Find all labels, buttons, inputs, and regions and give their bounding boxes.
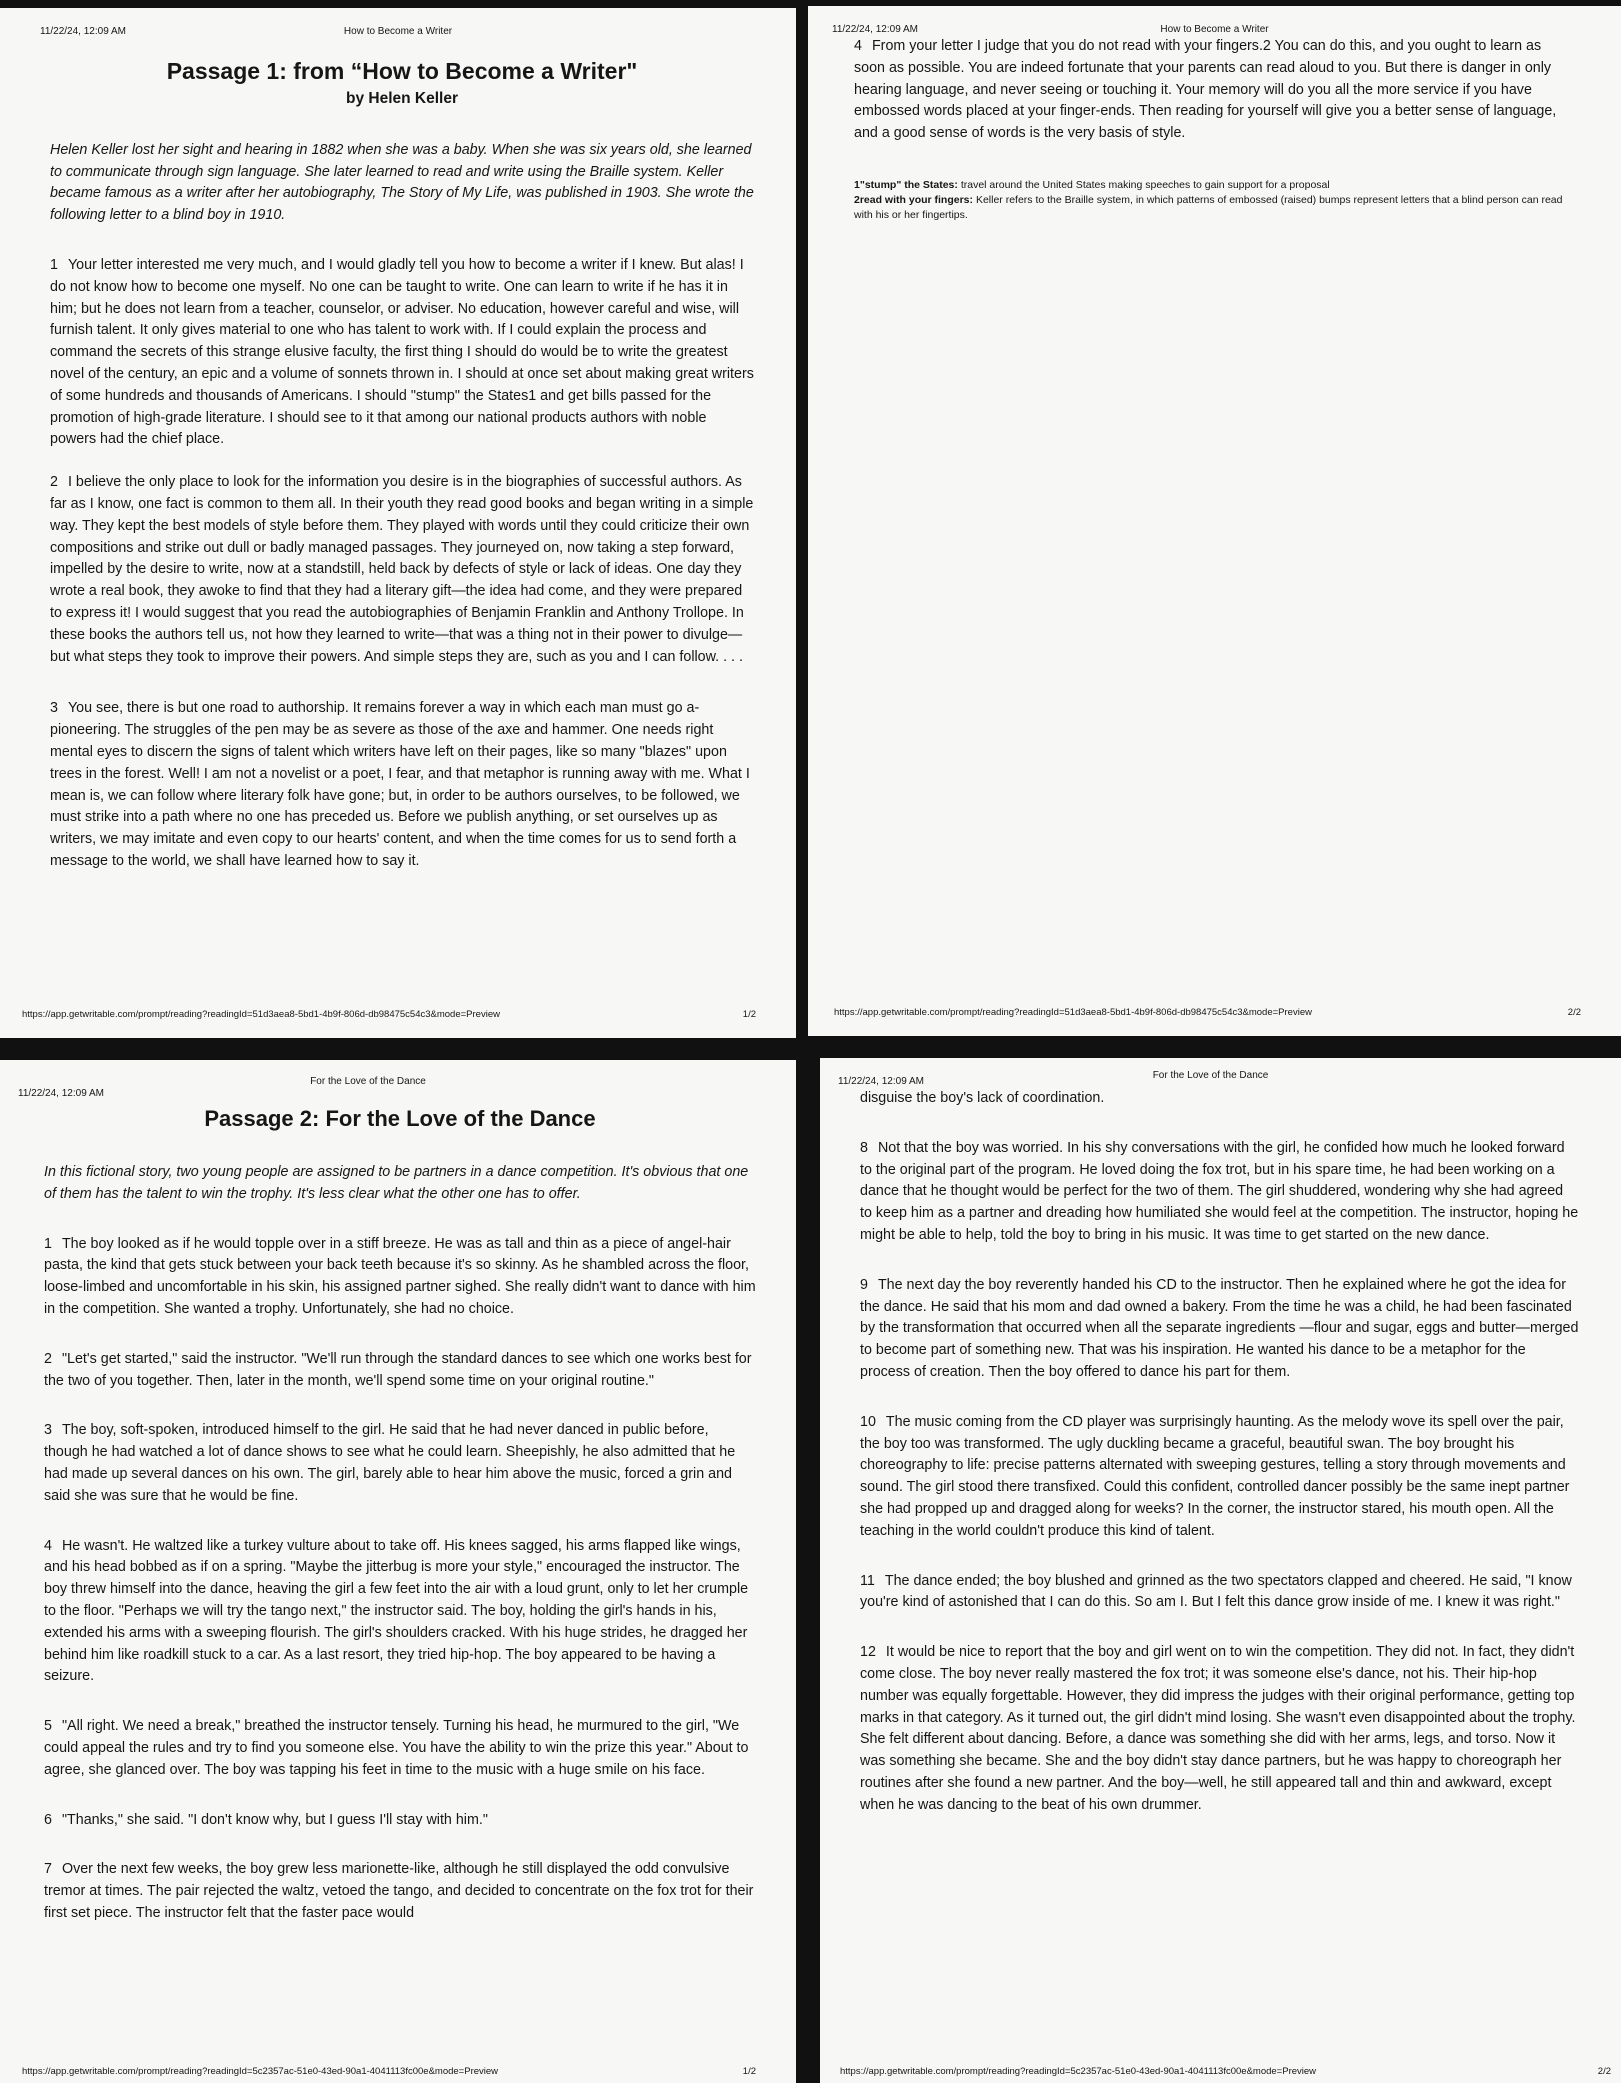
paragraph-text: The next day the boy reverently handed h… bbox=[860, 1277, 1578, 1380]
paragraph: 2"Let's get started," said the instructo… bbox=[44, 1349, 756, 1393]
page-footer: https://app.getwritable.com/prompt/readi… bbox=[834, 1007, 1581, 1018]
passage1-page-1: 11/22/24, 12:09 AM How to Become a Write… bbox=[0, 8, 796, 1038]
continuation-text: disguise the boy's lack of coordination. bbox=[860, 1088, 1579, 1110]
footer-url[interactable]: https://app.getwritable.com/prompt/readi… bbox=[840, 2066, 1316, 2077]
footer-url[interactable]: https://app.getwritable.com/prompt/readi… bbox=[834, 1007, 1312, 1018]
paragraph-number: 10 bbox=[860, 1412, 876, 1434]
footnote: 1"stump" the States: travel around the U… bbox=[854, 178, 1565, 193]
page-footer: https://app.getwritable.com/prompt/readi… bbox=[22, 2066, 756, 2077]
page-footer: https://app.getwritable.com/prompt/readi… bbox=[840, 2066, 1611, 2077]
paragraph: 1Your letter interested me very much, an… bbox=[50, 255, 754, 451]
paragraph: 7Over the next few weeks, the boy grew l… bbox=[44, 1859, 756, 1924]
paragraph-text: Not that the boy was worried. In his shy… bbox=[860, 1140, 1578, 1243]
paragraph-text: The music coming from the CD player was … bbox=[860, 1414, 1569, 1539]
paragraph-text: The dance ended; the boy blushed and gri… bbox=[860, 1573, 1572, 1611]
paragraph: 9The next day the boy reverently handed … bbox=[860, 1275, 1579, 1384]
paragraph-number: 1 bbox=[50, 255, 58, 277]
page-header: 11/22/24, 12:09 AM For the Love of the D… bbox=[0, 1072, 796, 1088]
paragraph-number: 2 bbox=[50, 472, 58, 494]
intro-text: In this fictional story, two young peopl… bbox=[44, 1162, 756, 1206]
paragraph: 3You see, there is but one road to autho… bbox=[50, 698, 754, 872]
paragraph: 4He wasn't. He waltzed like a turkey vul… bbox=[44, 1536, 756, 1689]
print-title: How to Become a Writer bbox=[0, 26, 796, 37]
footnote-term: 1"stump" the States: bbox=[854, 179, 958, 191]
page-number: 2/2 bbox=[1598, 2066, 1611, 2077]
paragraph-text: From your letter I judge that you do not… bbox=[854, 38, 1556, 141]
passage2-content-cont: disguise the boy's lack of coordination.… bbox=[860, 1088, 1579, 1838]
paragraph: 4From your letter I judge that you do no… bbox=[854, 36, 1565, 145]
passage-title: Passage 2: For the Love of the Dance bbox=[44, 1104, 756, 1134]
footer-url[interactable]: https://app.getwritable.com/prompt/readi… bbox=[22, 2066, 498, 2077]
paragraph-number: 8 bbox=[860, 1138, 868, 1160]
page-header: 11/22/24, 12:09 AM For the Love of the D… bbox=[820, 1070, 1621, 1086]
page-header: 11/22/24, 12:09 AM How to Become a Write… bbox=[0, 22, 796, 38]
paragraph: 5"All right. We need a break," breathed … bbox=[44, 1716, 756, 1781]
print-title: For the Love of the Dance bbox=[820, 1070, 1621, 1081]
passage1-content: Passage 1: from “How to Become a Writer"… bbox=[50, 56, 754, 894]
paragraph-text: It would be nice to report that the boy … bbox=[860, 1644, 1575, 1813]
passage-title: Passage 1: from “How to Become a Writer" bbox=[50, 56, 754, 86]
footer-url[interactable]: https://app.getwritable.com/prompt/readi… bbox=[22, 1009, 500, 1020]
page-header: 11/22/24, 12:09 AM How to Become a Write… bbox=[808, 20, 1621, 36]
paragraph-text: Your letter interested me very much, and… bbox=[50, 257, 754, 447]
paragraph-text: You see, there is but one road to author… bbox=[50, 700, 750, 869]
paragraph-number: 7 bbox=[44, 1859, 52, 1881]
paragraph-number: 3 bbox=[50, 698, 58, 720]
passage2-page-1: 11/22/24, 12:09 AM For the Love of the D… bbox=[0, 1060, 796, 2083]
paragraph: 2I believe the only place to look for th… bbox=[50, 472, 754, 668]
footnote: 2read with your fingers: Keller refers t… bbox=[854, 193, 1565, 223]
passage2-content: Passage 2: For the Love of the Dance In … bbox=[44, 1104, 756, 1946]
passage1-content-cont: 4From your letter I judge that you do no… bbox=[854, 36, 1565, 223]
paragraph-number: 11 bbox=[860, 1571, 875, 1593]
page-number: 1/2 bbox=[743, 1009, 756, 1020]
page-number: 1/2 bbox=[743, 2066, 756, 2077]
passage2-page-2: 11/22/24, 12:09 AM For the Love of the D… bbox=[820, 1058, 1621, 2083]
paragraph-text: "Let's get started," said the instructor… bbox=[44, 1351, 752, 1389]
paragraph-number: 4 bbox=[44, 1536, 52, 1558]
paragraph-number: 9 bbox=[860, 1275, 868, 1297]
byline: by Helen Keller bbox=[50, 88, 754, 110]
paragraph: 1The boy looked as if he would topple ov… bbox=[44, 1234, 756, 1321]
footnote-term: 2read with your fingers: bbox=[854, 194, 973, 206]
paragraph-number: 2 bbox=[44, 1349, 52, 1371]
paragraph-text: I believe the only place to look for the… bbox=[50, 474, 753, 664]
paragraph-number: 4 bbox=[854, 36, 862, 58]
paragraph: 6"Thanks," she said. "I don't know why, … bbox=[44, 1810, 756, 1832]
paragraph: 10The music coming from the CD player wa… bbox=[860, 1412, 1579, 1543]
paragraph: 12It would be nice to report that the bo… bbox=[860, 1642, 1579, 1816]
paragraph-text: The boy, soft-spoken, introduced himself… bbox=[44, 1422, 735, 1503]
print-title: For the Love of the Dance bbox=[0, 1076, 796, 1087]
paragraph-number: 12 bbox=[860, 1642, 876, 1664]
paragraph-text: He wasn't. He waltzed like a turkey vult… bbox=[44, 1538, 748, 1685]
paragraph-text: "Thanks," she said. "I don't know why, b… bbox=[62, 1812, 488, 1828]
page-footer: https://app.getwritable.com/prompt/readi… bbox=[22, 1009, 756, 1020]
print-title: How to Become a Writer bbox=[808, 24, 1621, 35]
footnote-text: travel around the United States making s… bbox=[958, 179, 1330, 191]
paragraph-text: Over the next few weeks, the boy grew le… bbox=[44, 1861, 753, 1921]
page-number: 2/2 bbox=[1568, 1007, 1581, 1018]
print-date: 11/22/24, 12:09 AM bbox=[18, 1088, 104, 1099]
paragraph-number: 1 bbox=[44, 1234, 52, 1256]
paragraph: 3The boy, soft-spoken, introduced himsel… bbox=[44, 1420, 756, 1507]
paragraph-number: 5 bbox=[44, 1716, 52, 1738]
paragraph-text: The boy looked as if he would topple ove… bbox=[44, 1236, 756, 1317]
intro-text: Helen Keller lost her sight and hearing … bbox=[50, 140, 754, 227]
paragraph-number: 6 bbox=[44, 1810, 52, 1832]
paragraph-number: 3 bbox=[44, 1420, 52, 1442]
paragraph: 11The dance ended; the boy blushed and g… bbox=[860, 1571, 1579, 1615]
passage1-page-2: 11/22/24, 12:09 AM How to Become a Write… bbox=[808, 6, 1621, 1036]
paragraph-text: "All right. We need a break," breathed t… bbox=[44, 1718, 748, 1778]
paragraph: 8Not that the boy was worried. In his sh… bbox=[860, 1138, 1579, 1247]
